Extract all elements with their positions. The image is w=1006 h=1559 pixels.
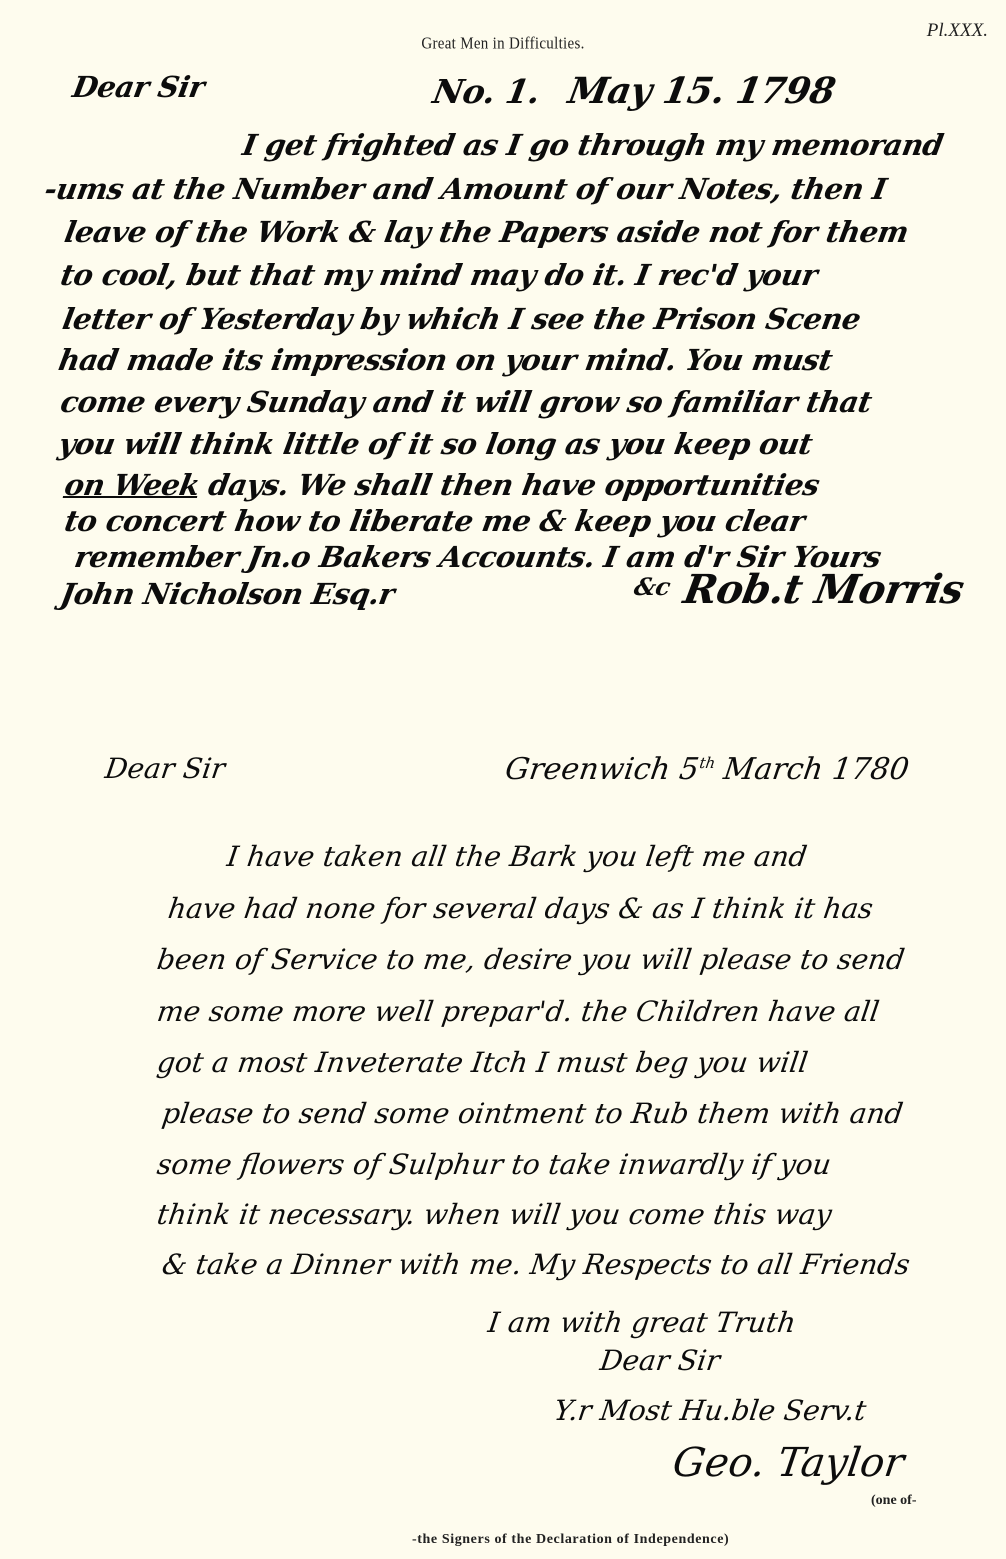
letter1-date: May 15. 1798 — [565, 70, 838, 112]
letter1-number: No. 1. — [430, 72, 543, 111]
letter1-salutation: Dear Sir — [70, 70, 207, 104]
letter1-line: to concert how to liberate me & keep you… — [62, 504, 807, 538]
letter1-line: leave of the Work & lay the Papers aside… — [62, 215, 911, 249]
letter1-line: I get frighted as I go through my memora… — [240, 128, 946, 162]
plate-number: Pl.XXX. — [927, 20, 988, 42]
letter1-line: letter of Yesterday by which I see the P… — [60, 302, 863, 336]
underlined-text: on Week — [62, 468, 202, 502]
letter2-closing-line: I am with great Truth — [486, 1306, 798, 1339]
letter2-line: me some more well prepar'd. the Children… — [155, 995, 881, 1028]
letter2-line: some flowers of Sulphur to take inwardly… — [155, 1148, 833, 1181]
letter1-line: had made its impression on your mind. Yo… — [56, 343, 835, 377]
letter1-addressee: John Nicholson Esq.r — [58, 577, 397, 611]
letter2-closing-line: Y.r Most Hu.ble Serv.t — [552, 1394, 868, 1427]
letter1-line: on Week days. We shall then have opportu… — [62, 468, 822, 502]
letter2-line: please to send some ointment to Rub them… — [160, 1097, 905, 1130]
letter2-line: I have taken all the Bark you left me an… — [225, 840, 809, 873]
letter2-line: & take a Dinner with me. My Respects to … — [160, 1248, 912, 1281]
plate-title: Great Men in Difficulties. — [0, 35, 1006, 55]
letter2-salutation: Dear Sir — [103, 752, 227, 785]
letter1-line: you will think little of it so long as y… — [56, 427, 815, 461]
letter1-line: -ums at the Number and Amount of our Not… — [42, 172, 889, 206]
letter2-line: got a most Inveterate Itch I must beg yo… — [155, 1046, 810, 1079]
letter2-place: Greenwich 5 — [503, 752, 701, 787]
footer-note-part2: -the Signers of the Declaration of Indep… — [412, 1532, 729, 1548]
letter1-signature: Rob.t Morris — [680, 566, 967, 613]
letter2-line: have had none for several days & as I th… — [166, 892, 875, 925]
letter1-line: to cool, but that my mind may do it. I r… — [58, 258, 820, 292]
letter2-line: been of Service to me, desire you will p… — [155, 943, 907, 976]
letter2-date: Greenwich 5th March 1780 — [503, 752, 911, 787]
letter2-signature: Geo. Taylor — [670, 1440, 907, 1486]
letter2-date-sup: th — [698, 754, 716, 772]
letter2-date-rest: March 1780 — [721, 752, 911, 787]
letter1-line: come every Sunday and it will grow so fa… — [58, 385, 874, 419]
footer-note-part1: (one of- — [871, 1493, 917, 1509]
letter2-closing-line: Dear Sir — [598, 1344, 722, 1377]
letter1-closing-prefix: &c — [632, 572, 672, 601]
letter2-line: think it necessary. when will you come t… — [155, 1198, 834, 1231]
